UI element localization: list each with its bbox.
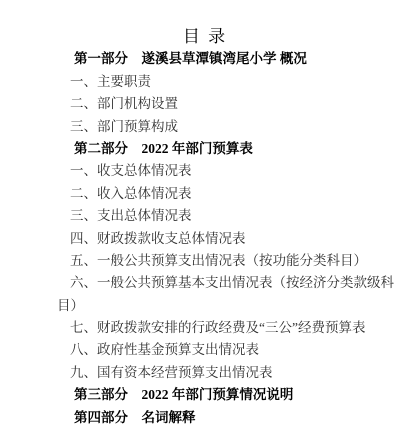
toc-item: 二、部门机构设置: [0, 93, 410, 115]
toc-heading-part4: 第四部分 名词解释: [0, 407, 410, 427]
toc-item-continuation: 目）: [0, 295, 410, 317]
toc-item: 三、支出总体情况表: [0, 205, 410, 227]
toc-item: 八、政府性基金预算支出情况表: [0, 339, 410, 361]
toc-item: 一、主要职责: [0, 71, 410, 93]
toc-item: 二、收入总体情况表: [0, 183, 410, 205]
toc-item: 九、国有资本经营预算支出情况表: [0, 362, 410, 384]
toc-item: 五、一般公共预算支出情况表（按功能分类科目）: [0, 250, 410, 272]
document-page: 目 录 第一部分 遂溪县草潭镇湾尾小学 概况 一、主要职责 二、部门机构设置 三…: [0, 0, 410, 427]
toc-item: 七、财政拨款安排的行政经费及“三公”经费预算表: [0, 317, 410, 339]
toc-item: 一、收支总体情况表: [0, 160, 410, 182]
toc-heading-part3: 第三部分 2022 年部门预算情况说明: [0, 384, 410, 406]
toc-heading-part2: 第二部分 2022 年部门预算表: [0, 138, 410, 160]
toc-item: 三、部门预算构成: [0, 116, 410, 138]
toc-heading-part1: 第一部分 遂溪县草潭镇湾尾小学 概况: [0, 48, 410, 70]
toc-item: 六、一般公共预算基本支出情况表（按经济分类款级科: [0, 272, 410, 294]
toc-item: 四、财政拨款收支总体情况表: [0, 228, 410, 250]
toc-title: 目 录: [0, 26, 410, 48]
